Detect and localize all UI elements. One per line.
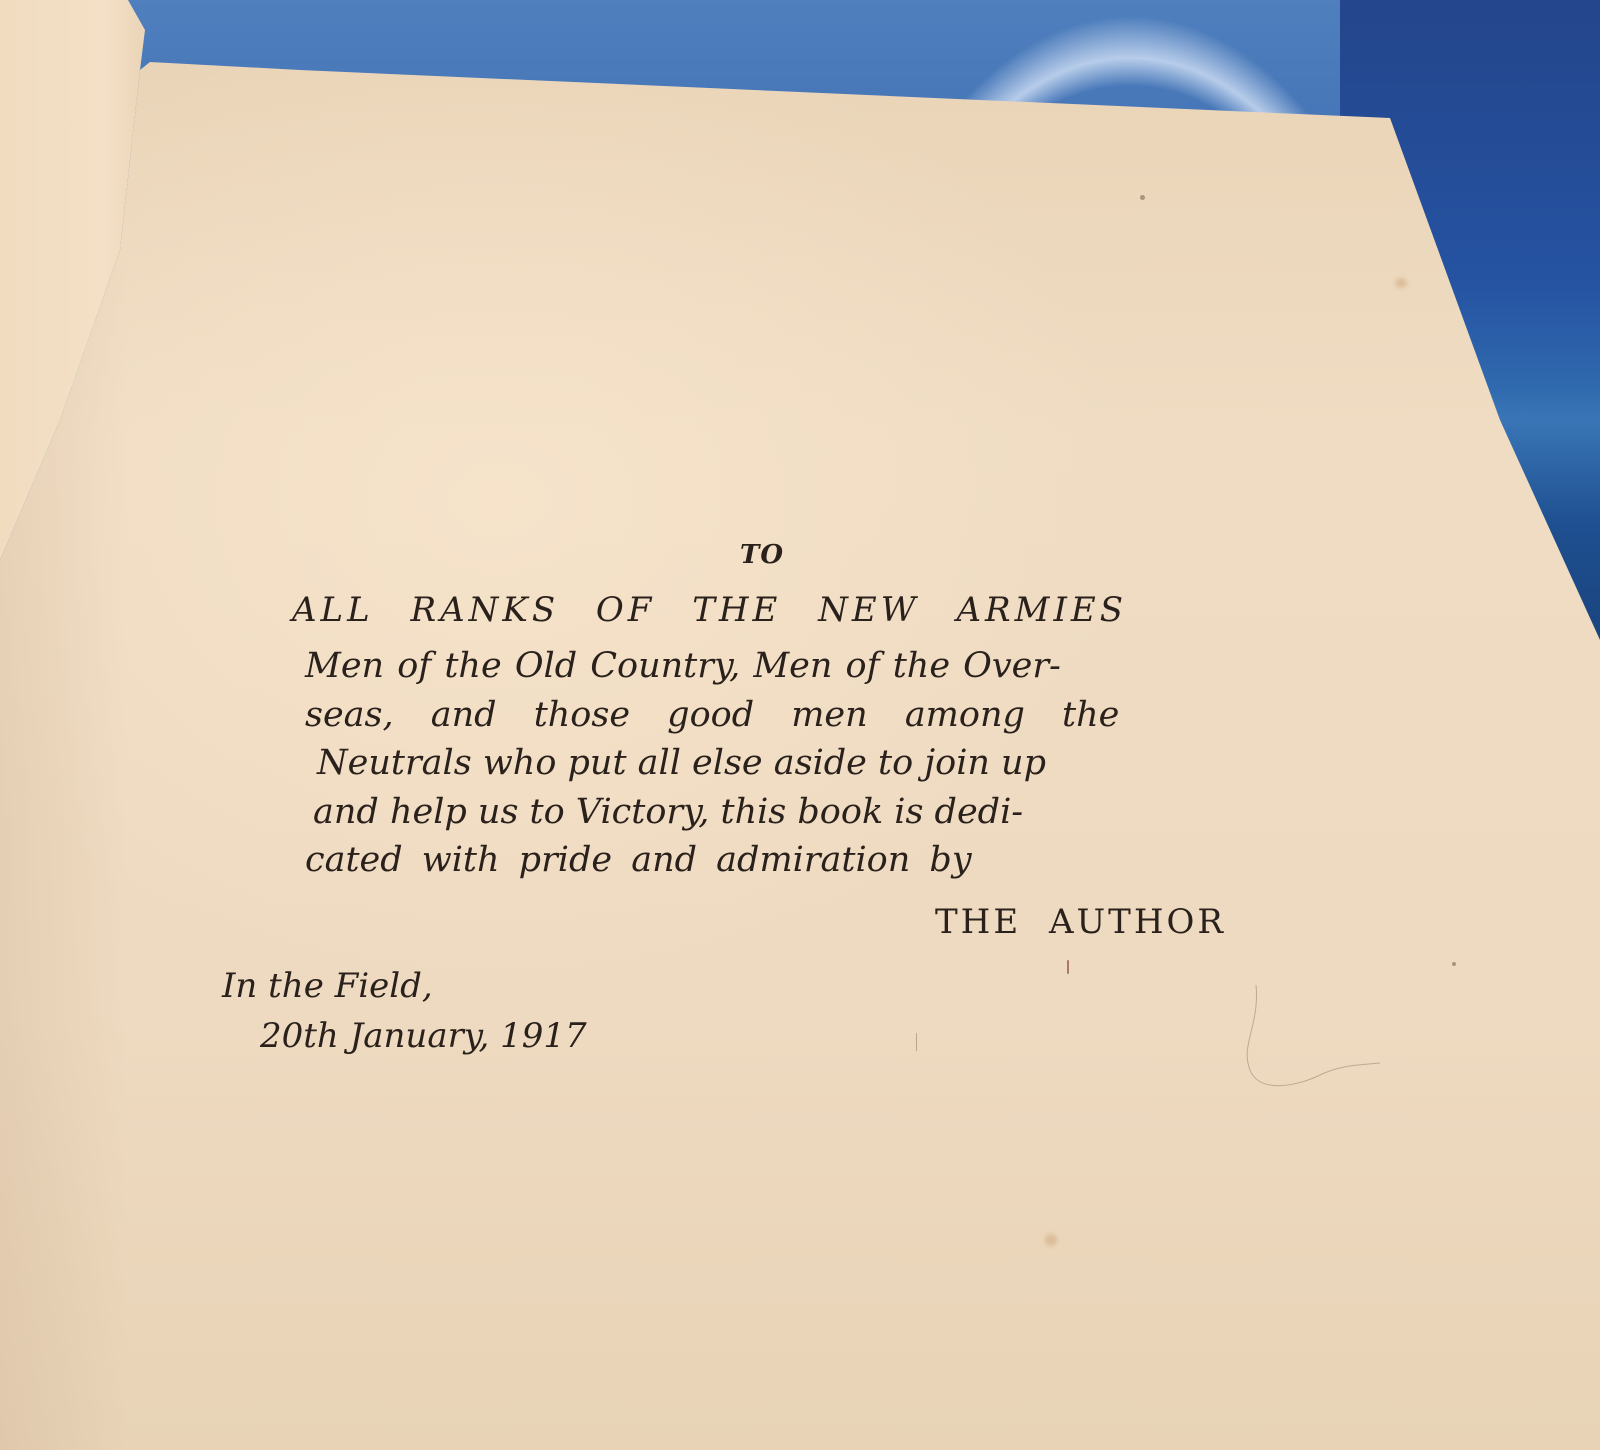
dedication-heading: ALL RANKS OF THE NEW ARMIES (292, 590, 1127, 630)
dedication-signature: THE AUTHOR (935, 902, 1226, 942)
dedication-line-2: seas, and those good men among the (305, 691, 1230, 740)
paper-speck (1452, 962, 1456, 966)
dedication-to: TO (740, 540, 784, 570)
dedication-date: 20th January, 1917 (260, 1016, 587, 1056)
dedication-place: In the Field, (222, 966, 433, 1006)
dedication-line-5: cated with pride and admiration by (305, 836, 1230, 885)
paper-speck (1140, 195, 1145, 200)
paper-mark (916, 1033, 917, 1051)
dedication-line-3: Neutrals who put all else aside to join … (317, 739, 1230, 788)
paper-stain (1395, 278, 1407, 288)
paper-mark (1067, 960, 1069, 974)
dedication-body: Men of the Old Country, Men of the Over-… (305, 642, 1230, 885)
dedication-line-1: Men of the Old Country, Men of the Over- (305, 642, 1230, 691)
paper-stain (1045, 1234, 1057, 1246)
dedication-line-4: and help us to Victory, this book is ded… (313, 788, 1230, 837)
